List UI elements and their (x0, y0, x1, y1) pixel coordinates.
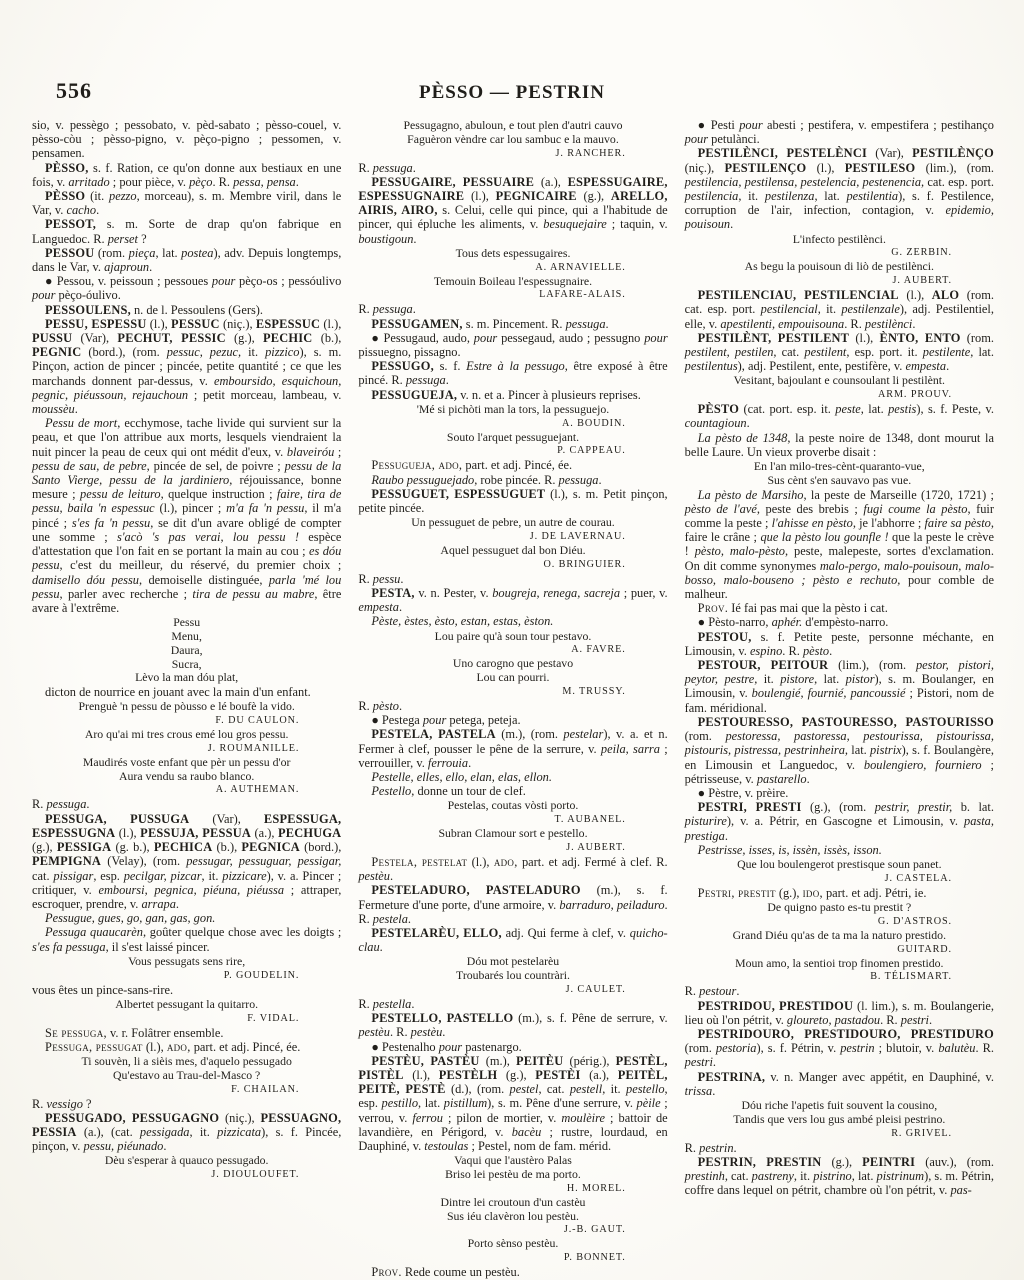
citation-author: F. CHAILAN. (32, 1083, 341, 1096)
entry-paragraph: PESSUGUET, ESPESSUGUET (l.), s. m. Petit… (358, 487, 667, 515)
verse-line: Briso lei pestèu de ma porto. (358, 1168, 667, 1182)
entry-paragraph: PESTELA, PASTELA (m.), (rom. pestelar), … (358, 727, 667, 770)
verse-line: Pessu (32, 616, 341, 630)
verse-quote: As begu la pouisoun di liò de pestilènci… (685, 260, 994, 274)
verse-quote: Dóu mot pestelarèuTroubarés lou countràr… (358, 955, 667, 983)
verse-line: Temouin Boileau l'espessugnaire. (358, 275, 667, 289)
paragraph: R. pessuga. (358, 302, 667, 316)
paragraph: vous êtes un pince-sans-rire. (32, 983, 341, 997)
verse-quote: Tous dets espessugaires. (358, 247, 667, 261)
entry-paragraph: PESSUGA, PUSSUGA (Var), ESPESSUGA, ESPES… (32, 812, 341, 911)
citation-author: B. TÉLISMART. (685, 970, 994, 983)
verse-line: De quigno pasto es-tu prestit ? (685, 901, 994, 915)
verse-line: Pestelas, coutas vòsti porto. (358, 799, 667, 813)
entry-paragraph: Pestri, prestit (g.), ido, part. et adj.… (685, 886, 994, 900)
verse-quote: Lou paire qu'à soun tour pestavo. (358, 630, 667, 644)
entry-paragraph: Pestela, pestelat (l.), ado, part. et ad… (358, 855, 667, 883)
citation-author: ARM. PROUV. (685, 388, 994, 401)
verse-line: Souto l'arquet pessuguejant. (358, 431, 667, 445)
paragraph: R. pestella. (358, 997, 667, 1011)
paragraph: Pessugue, gues, go, gan, gas, gon. (32, 911, 341, 925)
columns-container: sio, v. pessègo ; pessobato, v. pèd-saba… (32, 118, 994, 1279)
verse-quote: Moun amo, la sentioi trop finomen presti… (685, 957, 994, 971)
verse-line: Tandis que vers lou gus ambé pleisi pest… (685, 1113, 994, 1127)
entry-paragraph: PESTÈU, PASTÈU (m.), PEITÈU (périg.), PE… (358, 1054, 667, 1153)
verse-line: Faguèron vèndre car lou sambuc e la mauv… (358, 133, 667, 147)
entry-paragraph: PESSUGAIRE, PESSUAIRE (a.), ESPESSUGAIRE… (358, 175, 667, 246)
entry-paragraph: PESSUGADO, PESSUGAGNO (niç.), PESSUAGNO,… (32, 1111, 341, 1154)
citation-author: A. BOUDIN. (358, 417, 667, 430)
cross-reference: ● Pèsto-narro, aphér. d'empèsto-narro. (685, 615, 994, 629)
cross-reference: ● Pèstre, v. prèire. (685, 786, 994, 800)
paragraph: Prov. Ié fai pas mai que la pèsto i cat. (685, 601, 994, 615)
citation-author: R. GRIVEL. (685, 1127, 994, 1140)
verse-quote: Subran Clamour sort e pestello. (358, 827, 667, 841)
verse-line: Troubarés lou countràri. (358, 969, 667, 983)
verse-quote: Pestelas, coutas vòsti porto. (358, 799, 667, 813)
paragraph: Pessu de mort, ecchymose, tache livide q… (32, 416, 341, 615)
entry-paragraph: PESSUGO, s. f. Estre à la pessugo, être … (358, 359, 667, 387)
citation-author: J. AUBERT. (358, 841, 667, 854)
citation-author: GUITARD. (685, 943, 994, 956)
verse-line: Aro qu'ai mi tres crous emé lou gros pes… (32, 728, 341, 742)
entry-paragraph: PESTOURESSO, PASTOURESSO, PASTOURISSO (r… (685, 715, 994, 786)
paragraph: R. vessigo ? (32, 1097, 341, 1111)
verse-quote: Que lou boulengerot prestisque soun pane… (685, 858, 994, 872)
paragraph: dicton de nourrice en jouant avec la mai… (32, 685, 341, 699)
verse-line: Lèvo la man dóu plat, (32, 671, 341, 685)
entry-paragraph: PESTRIDOU, PRESTIDOU (l. lim.), s. m. Bo… (685, 999, 994, 1027)
citation-author: J. CASTELA. (685, 872, 994, 885)
verse-line: Moun amo, la sentioi trop finomen presti… (685, 957, 994, 971)
verse-line: Prenguè 'n pessu de pòusso e lé boufè la… (32, 700, 341, 714)
entry-paragraph: Se pessuga, v. r. Folâtrer ensemble. (32, 1026, 341, 1040)
paragraph: Pestelle, elles, ello, elan, elas, ellon… (358, 770, 667, 784)
verse-quote: Ti souvèn, li a sièis mes, d'aquelo pess… (32, 1055, 341, 1083)
verse-quote: De quigno pasto es-tu prestit ? (685, 901, 994, 915)
entry-paragraph: PESTELARÈU, ELLO, adj. Qui ferme à clef,… (358, 926, 667, 954)
entry-paragraph: PESTOUR, PEITOUR (lim.), (rom. pestor, p… (685, 658, 994, 715)
verse-quote: Vaqui que l'austèro PalasBriso lei pestè… (358, 1154, 667, 1182)
entry-paragraph: PESSUGUEJA, v. n. et a. Pincer à plusieu… (358, 388, 667, 402)
entry-paragraph: PÈSTO (cat. port. esp. it. peste, lat. p… (685, 402, 994, 430)
verse-quote: Dintre lei croutoun d'un castèuSus iéu c… (358, 1196, 667, 1224)
citation-author: J.-B. GAUT. (358, 1223, 667, 1236)
verse-line: Dóu mot pestelarèu (358, 955, 667, 969)
citation-author: J. DIOULOUFET. (32, 1168, 341, 1181)
verse-line: Dóu riche l'apetis fuit souvent la cousi… (685, 1099, 994, 1113)
citation-author: P. GOUDELIN. (32, 969, 341, 982)
citation-author: H. MOREL. (358, 1182, 667, 1195)
cross-reference: ● Pessugaud, audo, pour pessegaud, audo … (358, 331, 667, 359)
citation-author: J. DE LAVERNAU. (358, 530, 667, 543)
verse-quote: Pessugagno, abuloun, e tout plen d'autri… (358, 119, 667, 147)
verse-quote: En l'an milo-tres-cènt-quaranto-vue,Sus … (685, 460, 994, 488)
citation-author: F. DU CAULON. (32, 714, 341, 727)
verse-line: Uno carogno que pestavo (358, 657, 667, 671)
paragraph: R. pessu. (358, 572, 667, 586)
verse-quote: Dóu riche l'apetis fuit souvent la cousi… (685, 1099, 994, 1127)
entry-paragraph: PÈSSO (it. pezzo, morceau), s. m. Membre… (32, 189, 341, 217)
entry-paragraph: PESTOU, s. f. Petite peste, personne méc… (685, 630, 994, 658)
paragraph: R. pessuga. (358, 161, 667, 175)
entry-paragraph: PESTELADURO, PASTELADURO (m.), s. f. Fer… (358, 883, 667, 926)
verse-line: Aura vendu sa raubo blanco. (32, 770, 341, 784)
verse-line: Sus cènt s'en sauvavo pas vue. (685, 474, 994, 488)
citation-author: A. ARNAVIELLE. (358, 261, 667, 274)
verse-quote: Porto sènso pestèu. (358, 1237, 667, 1251)
verse-quote: Souto l'arquet pessuguejant. (358, 431, 667, 445)
cross-reference: ● Pessou, v. peissoun ; pessoues pour pè… (32, 274, 341, 302)
verse-quote: PessuMenu,Daura,Sucra,Lèvo la man dóu pl… (32, 616, 341, 685)
entry-paragraph: PESSOULENS, n. de l. Pessoulens (Gers). (32, 303, 341, 317)
cross-reference: ● Pestenalho pour pastenargo. (358, 1040, 667, 1054)
citation-author: J. ROUMANILLE. (32, 742, 341, 755)
paragraph: Prov. Rede coume un pestèu. (358, 1265, 667, 1279)
verse-quote: Albertet pessugant la quitarro. (32, 998, 341, 1012)
paragraph: R. pèsto. (358, 699, 667, 713)
entry-paragraph: PESSUGAMEN, s. m. Pincement. R. pessuga. (358, 317, 667, 331)
entry-paragraph: PESTRI, PRESTI (g.), (rom. pestrir, pres… (685, 800, 994, 843)
paragraph: R. pestrin. (685, 1141, 994, 1155)
paragraph: La pèsto de Marsiho, la peste de Marseil… (685, 488, 994, 602)
verse-line: As begu la pouisoun di liò de pestilènci… (685, 260, 994, 274)
paragraph: Pestello, donne un tour de clef. (358, 784, 667, 798)
verse-quote: Vous pessugats sens rire, (32, 955, 341, 969)
citation-author: G. ZERBIN. (685, 246, 994, 259)
citation-author: O. BRINGUIER. (358, 558, 667, 571)
entry-paragraph: PESTILENCIAU, PESTILENCIAL (l.), ALO (ro… (685, 288, 994, 331)
citation-author: A. FAVRE. (358, 643, 667, 656)
cross-reference: ● Pestega pour petega, peteja. (358, 713, 667, 727)
column-3: ● Pesti pour abesti ; pestifera, v. empe… (685, 118, 994, 1279)
verse-quote: 'Mé si pichòti man la tors, la pessuguej… (358, 403, 667, 417)
citation-author: T. AUBANEL. (358, 813, 667, 826)
verse-line: Lou paire qu'à soun tour pestavo. (358, 630, 667, 644)
verse-line: Dèu s'esperar à quauco pessugado. (32, 1154, 341, 1168)
entry-paragraph: PESTRIDOURO, PRESTIDOURO, PRESTIDURO (ro… (685, 1027, 994, 1070)
citation-author: F. VIDAL. (32, 1012, 341, 1025)
entry-paragraph: PESTELLO, PASTELLO (m.), s. f. Pêne de s… (358, 1011, 667, 1039)
citation-author: J. AUBERT. (685, 274, 994, 287)
column-2: Pessugagno, abuloun, e tout plen d'autri… (358, 118, 667, 1279)
entry-paragraph: PESSOU (rom. pieça, lat. postea), adv. D… (32, 246, 341, 274)
verse-quote: Grand Diéu qu'as de ta ma la naturo pres… (685, 929, 994, 943)
verse-quote: Dèu s'esperar à quauco pessugado. (32, 1154, 341, 1168)
verse-line: Vous pessugats sens rire, (32, 955, 341, 969)
entry-paragraph: PESTILÈNT, PESTILENT (l.), ÈNTO, ENTO (r… (685, 331, 994, 374)
verse-line: Qu'estavo au Trau-del-Masco ? (32, 1069, 341, 1083)
entry-paragraph: PESSOT, s. m. Sorte de drap qu'on fabriq… (32, 217, 341, 245)
paragraph: Raubo pessuguejado, robe pincée. R. pess… (358, 473, 667, 487)
paragraph: R. pestour. (685, 984, 994, 998)
paragraph: Pessuga quaucarèn, goûter quelque chose … (32, 925, 341, 953)
dictionary-page: 556 PÈSSO — PESTRIN sio, v. pessègo ; pe… (0, 0, 1024, 1280)
verse-line: 'Mé si pichòti man la tors, la pessuguej… (358, 403, 667, 417)
verse-line: Aquel pessuguet dal bon Diéu. (358, 544, 667, 558)
verse-line: Vesitant, bajoulant e counsoulant li pes… (685, 374, 994, 388)
verse-line: Daura, (32, 644, 341, 658)
verse-line: Sucra, (32, 658, 341, 672)
entry-paragraph: PESTRIN, PRESTIN (g.), PEINTRI (auv.), (… (685, 1155, 994, 1198)
paragraph: sio, v. pessègo ; pessobato, v. pèd-saba… (32, 118, 341, 161)
verse-line: Subran Clamour sort e pestello. (358, 827, 667, 841)
verse-quote: Uno carogno que pestavoLou can pourri. (358, 657, 667, 685)
verse-line: Pessugagno, abuloun, e tout plen d'autri… (358, 119, 667, 133)
verse-line: Tous dets espessugaires. (358, 247, 667, 261)
verse-quote: Aquel pessuguet dal bon Diéu. (358, 544, 667, 558)
entry-paragraph: Pessugueja, ado, part. et adj. Pincé, ée… (358, 458, 667, 472)
citation-author: M. TRUSSY. (358, 685, 667, 698)
cross-reference: ● Pesti pour abesti ; pestifera, v. empe… (685, 118, 994, 146)
entry-paragraph: Pessuga, pessugat (l.), ado, part. et ad… (32, 1040, 341, 1054)
paragraph: Pèste, èstes, èsto, estan, estas, èston. (358, 614, 667, 628)
citation-author: J. CAULET. (358, 983, 667, 996)
verse-quote: Prenguè 'n pessu de pòusso e lé boufè la… (32, 700, 341, 714)
verse-line: Lou can pourri. (358, 671, 667, 685)
verse-line: Albertet pessugant la quitarro. (32, 998, 341, 1012)
verse-line: Vaqui que l'austèro Palas (358, 1154, 667, 1168)
verse-quote: Maudirés voste enfant que pèr un pessu d… (32, 756, 341, 784)
verse-quote: Temouin Boileau l'espessugnaire. (358, 275, 667, 289)
verse-line: Que lou boulengerot prestisque soun pane… (685, 858, 994, 872)
verse-quote: L'infecto pestilènci. (685, 233, 994, 247)
verse-quote: Un pessuguet de pebre, un autre de coura… (358, 516, 667, 530)
verse-line: Porto sènso pestèu. (358, 1237, 667, 1251)
paragraph: Pestrisse, isses, is, issèn, issès, isso… (685, 843, 994, 857)
column-1: sio, v. pessègo ; pessobato, v. pèd-saba… (32, 118, 341, 1279)
verse-quote: Vesitant, bajoulant e counsoulant li pes… (685, 374, 994, 388)
entry-paragraph: PESSU, ESPESSU (l.), PESSUC (niç.), ESPE… (32, 317, 341, 416)
running-header: PÈSSO — PESTRIN (0, 82, 1024, 104)
verse-line: En l'an milo-tres-cènt-quaranto-vue, (685, 460, 994, 474)
verse-line: Un pessuguet de pebre, un autre de coura… (358, 516, 667, 530)
citation-author: A. AUTHEMAN. (32, 783, 341, 796)
verse-quote: Aro qu'ai mi tres crous emé lou gros pes… (32, 728, 341, 742)
citation-author: P. BONNET. (358, 1251, 667, 1264)
entry-paragraph: PESTA, v. n. Pester, v. bougreja, renega… (358, 586, 667, 614)
entry-paragraph: PESTILÈNCI, PESTELÈNCI (Var), PESTILÈNÇO… (685, 146, 994, 231)
verse-line: Ti souvèn, li a sièis mes, d'aquelo pess… (32, 1055, 341, 1069)
entry-paragraph: PESTRINA, v. n. Manger avec appétit, en … (685, 1070, 994, 1098)
citation-author: G. D'ASTROS. (685, 915, 994, 928)
verse-line: Menu, (32, 630, 341, 644)
verse-line: L'infecto pestilènci. (685, 233, 994, 247)
verse-line: Maudirés voste enfant que pèr un pessu d… (32, 756, 341, 770)
verse-line: Dintre lei croutoun d'un castèu (358, 1196, 667, 1210)
paragraph: R. pessuga. (32, 797, 341, 811)
citation-author: J. RANCHER. (358, 147, 667, 160)
paragraph: La pèsto de 1348, la peste noire de 1348… (685, 431, 994, 459)
verse-line: Sus iéu clavèron lou pestèu. (358, 1210, 667, 1224)
entry-paragraph: PÈSSO, s. f. Ration, ce qu'on donne aux … (32, 161, 341, 189)
citation-author: P. CAPPEAU. (358, 444, 667, 457)
citation-author: LAFARE-ALAIS. (358, 288, 667, 301)
verse-line: Grand Diéu qu'as de ta ma la naturo pres… (685, 929, 994, 943)
